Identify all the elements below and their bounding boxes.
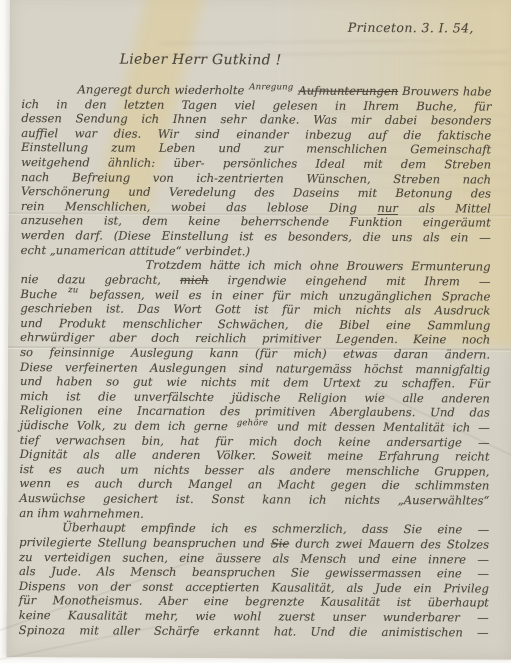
struck-word: Aufmunterungen: [298, 84, 398, 99]
inserted-word: Anregung: [249, 82, 293, 92]
letter-paper: Princeton. 3. I. 54, Lieber Herr Gutkind…: [7, 0, 511, 660]
salutation: Lieber Herr Gutkind !: [120, 52, 282, 69]
document-photo: { "notation": { "strike_marker": "~word~…: [0, 0, 511, 663]
underlined-word: nur: [377, 201, 398, 215]
struck-word: Sie: [271, 536, 290, 550]
paragraph: Überhaupt empfinde ich es schmerzlich, d…: [19, 520, 490, 639]
letter-body: Angeregt durch wiederholte Anregung Aufm…: [19, 82, 492, 640]
date-line: Princeton. 3. I. 54,: [348, 20, 474, 36]
paragraph: Trotzdem hätte ich mich ohne Brouwers Er…: [19, 257, 490, 522]
struck-word: mich: [180, 273, 209, 287]
paragraph: Angeregt durch wiederholte Anregung Aufm…: [21, 82, 492, 260]
letter-line: Spinoza mit aller Schärfe erkannt hat. U…: [19, 623, 489, 640]
inserted-word: gehöre: [237, 418, 268, 428]
inserted-word: zu: [68, 285, 78, 295]
letter-line: echt „unamerican attitude“ verbindet.): [21, 243, 491, 260]
